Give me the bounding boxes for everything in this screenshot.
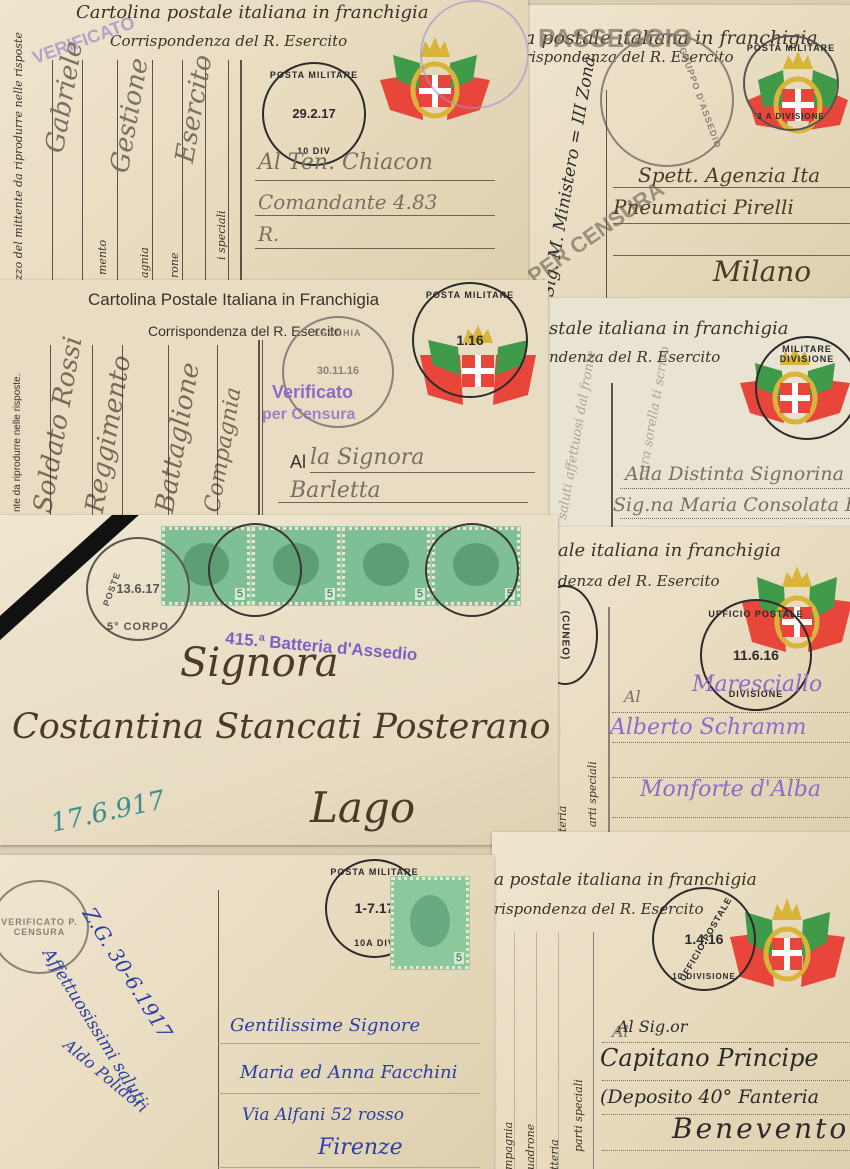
postcard-top-left: Cartolina postale italiana in franchigia… [0, 0, 528, 285]
address-line [602, 1150, 850, 1152]
address-line-3: R. [258, 222, 279, 246]
address-line-1: Maresciallo [692, 672, 822, 697]
side-label: zzo del mittente da riprodurre nelle ris… [12, 32, 25, 280]
sender-handwriting: Compagnia [200, 385, 247, 514]
postcard-top-right: a postale italiana in franchigia rispond… [528, 5, 850, 305]
postmark: UFFICIO POSTALE 1.4.16 10 DIVISIONE [652, 887, 756, 991]
address-line-1: Spett. Agenzia Ita [638, 163, 820, 187]
sender-handwriting: Battaglione [150, 360, 206, 515]
address-line-1: Al Ten. Chiacon [258, 150, 433, 175]
postage-stamp: 5 [342, 527, 430, 605]
postcard-lower-right: ale italiana in franchigia denza del R. … [552, 527, 850, 837]
address-line-1: Alla Distinta Signorina [625, 463, 844, 485]
sender-handwriting: Esercito [170, 53, 218, 166]
address-line-2: Barletta [290, 478, 381, 503]
address-line [255, 215, 495, 216]
address-line [612, 712, 850, 714]
field-line [82, 60, 83, 280]
divider-line [606, 90, 607, 305]
field-label: agnia [138, 247, 151, 278]
card-title: a postale italiana in franchigia [494, 870, 757, 890]
address-line-3: Lago [310, 783, 415, 832]
field-label: i speciali [215, 211, 228, 260]
card-title: ale italiana in franchigia [558, 540, 781, 561]
card-title: stale italiana in franchigia [549, 318, 788, 339]
address-line-4: Firenze [318, 1135, 403, 1160]
address-prefix: Al [624, 687, 641, 706]
field-label: tteria [548, 1139, 561, 1169]
address-line-3: Milano [713, 255, 811, 288]
field-line [228, 60, 229, 280]
address-line-2: Comandante 4.83 [258, 190, 437, 214]
address-line-3: Via Alfani 52 rosso [242, 1105, 404, 1125]
address-line-2: Capitano Principe [600, 1044, 819, 1072]
postmark: POSTA MILITARE 3 A DIVISIONE [743, 35, 839, 131]
divider-line [262, 340, 263, 520]
address-line-4: Benevento [672, 1112, 849, 1145]
address-line [218, 1167, 480, 1168]
postcard-bottom-left: VERIFICATO P. CENSURA Z.G. 30-6.1917 Aff… [0, 855, 494, 1169]
postmark [425, 523, 519, 617]
postmark: POSTA MILITARE 1.16 [412, 282, 528, 398]
field-label: uadrone [524, 1124, 537, 1169]
postcard-middle-left: Cartolina Postale Italiana in Franchigia… [0, 280, 548, 520]
address-line [620, 488, 850, 490]
message-handwriting: saluti affettuosi dal fronte [555, 349, 600, 520]
address-line-2: Sig.na Maria Consolata Be [613, 494, 850, 516]
address-line [218, 1093, 480, 1094]
censor-mark: Verificato [272, 382, 353, 403]
postmark: POSTE 13.6.17 5° CORPO [86, 537, 190, 641]
address-prefix: Al [290, 452, 306, 473]
field-label: arti speciali [586, 761, 599, 827]
address-line [255, 248, 495, 249]
postmark: MILITARE DIVISIONE [755, 336, 850, 440]
postmark [208, 523, 302, 617]
address-line [613, 187, 850, 188]
divider-line [240, 60, 242, 280]
postcard-bottom-right: a postale italiana in franchigia rispond… [492, 832, 850, 1169]
address-line-2: Maria ed Anna Facchini [240, 1062, 457, 1083]
address-line-2: Alberto Schramm [610, 715, 807, 740]
card-subtitle: ndenza del R. Esercito [549, 348, 720, 366]
censor-oval [420, 0, 528, 109]
card-subtitle: denza del R. Esercito [558, 572, 720, 590]
censor-mark-2: per Censura [262, 406, 355, 424]
field-line [152, 60, 153, 280]
group-postmark: GRUPPO D'ASSEDIO [600, 33, 734, 167]
address-line-3: (Deposito 40° Fanteria [600, 1086, 819, 1108]
field-line [558, 932, 559, 1169]
address-line [613, 223, 850, 224]
address-line-1: la Signora [310, 445, 424, 470]
address-line [218, 1043, 480, 1044]
address-line-1: Signora [180, 640, 339, 686]
address-line [620, 518, 850, 520]
side-label: nte da riprodurre nelle risposte. [12, 374, 23, 512]
address-line [612, 742, 850, 744]
field-label: parti speciali [572, 1079, 585, 1152]
field-label: mpagnia [502, 1122, 515, 1169]
sender-handwriting: Reggimento [80, 353, 137, 515]
sender-handwriting: Soldato Rossi [28, 334, 89, 515]
card-title: Cartolina Postale Italiana in Franchigia [88, 290, 379, 310]
field-label: rone [168, 253, 181, 278]
envelope: 5 5 5 5 POSTE 13.6.17 5° CORPO 415.ª Bat… [0, 515, 558, 845]
divider-line [218, 890, 219, 1169]
divider-line [258, 340, 260, 520]
address-line-2: Pneumatici Pirelli [613, 195, 794, 219]
town-postmark: (CUNEO) [552, 585, 598, 685]
address-line-3: Monforte d'Alba [640, 777, 821, 802]
address-line-1: Gentilissime Signore [230, 1015, 420, 1036]
field-label: mento [96, 240, 109, 275]
divider-line [593, 932, 594, 1169]
address-line-1: Al Sig.or [617, 1017, 687, 1036]
address-line [602, 1080, 850, 1082]
pencil-date: 17.6.917 [48, 785, 167, 838]
address-line-2: Costantina Stancati Posterano [12, 707, 551, 747]
postcard-middle-right: stale italiana in franchigia ndenza del … [545, 298, 850, 528]
sender-handwriting: Gestione [105, 56, 155, 176]
address-line [612, 817, 850, 819]
address-line [310, 472, 535, 473]
card-subtitle: Corrispondenza del R. Esercito [110, 32, 347, 50]
address-line [255, 180, 495, 181]
postage-stamp: 5 [391, 877, 469, 969]
